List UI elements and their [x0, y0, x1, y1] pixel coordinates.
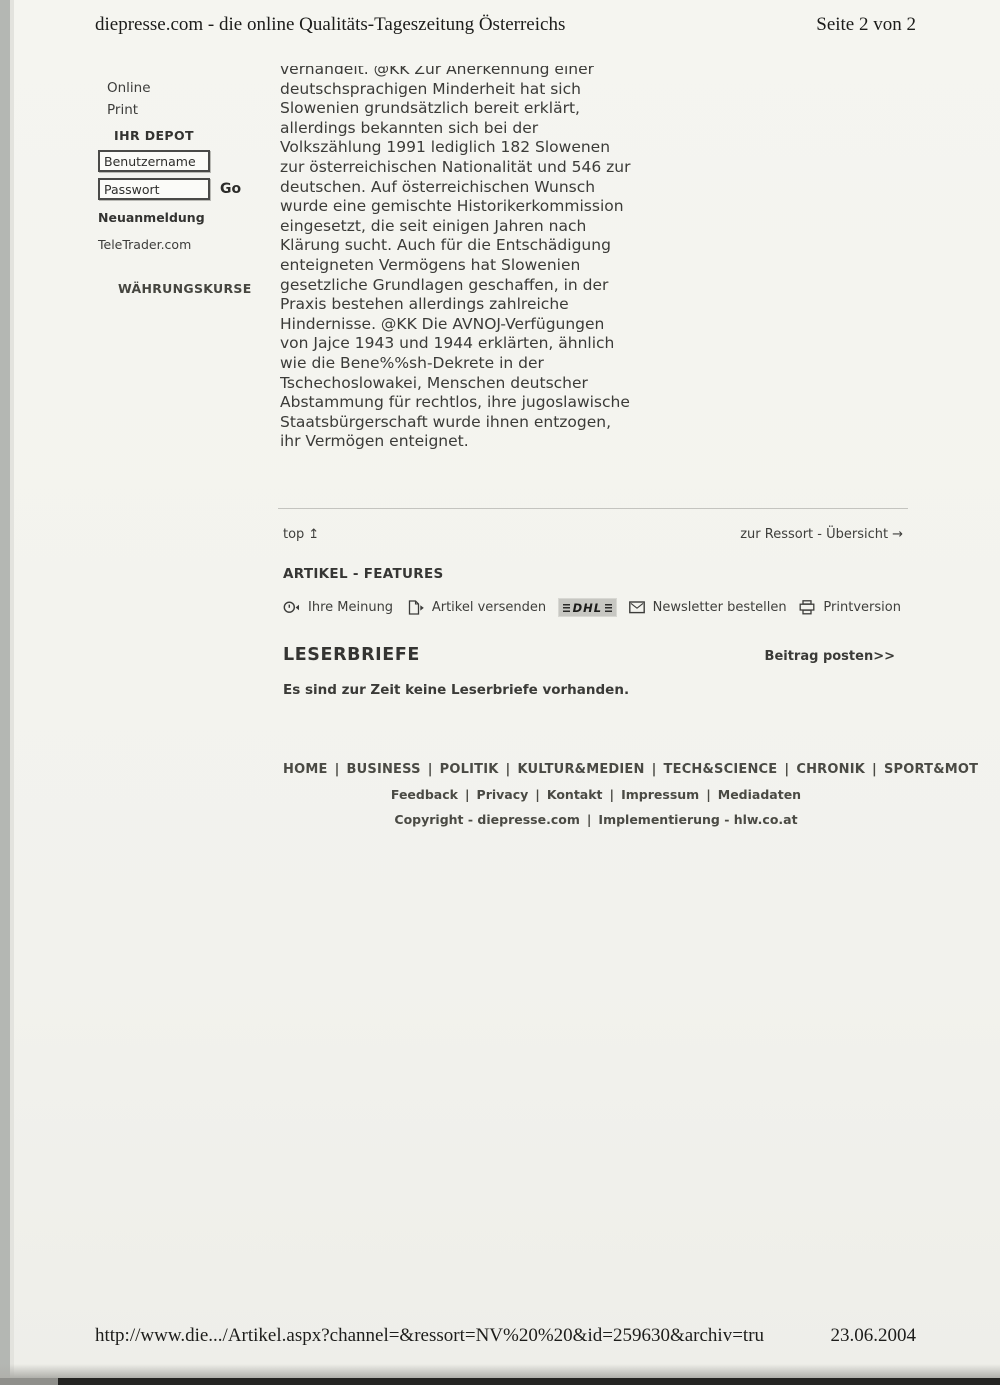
- nav-chronik[interactable]: CHRONIK: [796, 762, 865, 777]
- divider: |: [872, 762, 877, 777]
- copyright-text: Copyright - diepresse.com: [394, 812, 579, 827]
- comment-icon: [283, 600, 300, 615]
- sidebar-item-teletrader[interactable]: TeleTrader.com: [98, 237, 258, 252]
- page-title: diepresse.com - die online Qualitäts-Tag…: [95, 14, 565, 36]
- scan-left-highlight: [10, 0, 14, 1385]
- sidebar-item-neuanmeldung[interactable]: Neuanmeldung: [98, 210, 258, 225]
- sidebar-item-waehrungskurse[interactable]: WÄHRUNGSKURSE: [118, 281, 258, 296]
- divider: |: [506, 762, 511, 777]
- article-nav-row: top↥ zur Ressort - Übersicht→: [283, 527, 903, 542]
- implementierung-text: Implementierung - hlw.co.at: [598, 812, 797, 827]
- sidebar: Online Print IHR DEPOT Go Neuanmeldung T…: [98, 80, 258, 296]
- scan-bottom-shadow: [0, 1364, 1000, 1378]
- password-input[interactable]: [98, 178, 210, 200]
- nav-sport[interactable]: SPORT&MOT: [884, 762, 978, 777]
- print-footer: http://www.die.../Artikel.aspx?channel=&…: [95, 1325, 916, 1347]
- artikel-versenden-link[interactable]: Artikel versenden: [406, 600, 546, 615]
- artikel-versenden-label: Artikel versenden: [432, 600, 546, 615]
- nav-privacy[interactable]: Privacy: [477, 787, 529, 802]
- footer-nav-main: HOME|BUSINESS|POLITIK|KULTUR&MEDIEN|TECH…: [283, 762, 909, 777]
- divider: |: [784, 762, 789, 777]
- divider: |: [652, 762, 657, 777]
- ihre-meinung-label: Ihre Meinung: [308, 600, 393, 615]
- no-letters-message: Es sind zur Zeit keine Leserbriefe vorha…: [283, 682, 629, 698]
- ihre-meinung-link[interactable]: Ihre Meinung: [283, 600, 393, 615]
- separator-line: [278, 508, 908, 509]
- depot-heading: IHR DEPOT: [98, 128, 210, 143]
- divider: |: [535, 787, 540, 802]
- ressort-link-label: zur Ressort - Übersicht: [740, 527, 888, 542]
- divider: |: [610, 787, 615, 802]
- newsletter-label: Newsletter bestellen: [653, 600, 787, 615]
- divider: |: [335, 762, 340, 777]
- dhl-logo-text: DHL: [573, 601, 603, 615]
- feature-toolbar: Ihre Meinung Artikel versenden DHL Newsl…: [283, 599, 901, 616]
- printer-icon: [799, 600, 815, 615]
- nav-impressum[interactable]: Impressum: [621, 787, 699, 802]
- go-button[interactable]: Go: [220, 181, 241, 197]
- page-number: Seite 2 von 2: [816, 14, 916, 36]
- leserbriefe-row: LESERBRIEFE Beitrag posten>>: [283, 645, 895, 665]
- printversion-link[interactable]: Printversion: [799, 600, 901, 615]
- divider: |: [428, 762, 433, 777]
- up-arrow-icon: ↥: [308, 527, 319, 542]
- envelope-icon: [629, 601, 645, 614]
- password-row: Go: [98, 172, 258, 200]
- divider: |: [706, 787, 711, 802]
- print-date: 23.06.2004: [831, 1325, 917, 1347]
- nav-kultur-medien[interactable]: KULTUR&MEDIEN: [517, 762, 644, 777]
- beitrag-posten-link[interactable]: Beitrag posten>>: [765, 649, 895, 664]
- print-header: diepresse.com - die online Qualitäts-Tag…: [95, 14, 916, 36]
- nav-feedback[interactable]: Feedback: [391, 787, 458, 802]
- dhl-stripes-left: [563, 604, 570, 612]
- newsletter-link[interactable]: Newsletter bestellen: [629, 600, 787, 615]
- footer-nav-secondary: Feedback|Privacy|Kontakt|Impressum|Media…: [283, 787, 909, 802]
- send-article-icon: [406, 600, 424, 615]
- footer-copyright: Copyright - diepresse.com|Implementierun…: [283, 812, 909, 827]
- divider: |: [587, 812, 592, 827]
- sidebar-item-print[interactable]: Print: [107, 102, 258, 118]
- dhl-stripes-right: [605, 604, 612, 612]
- nav-tech-science[interactable]: TECH&SCIENCE: [664, 762, 778, 777]
- nav-mediadaten[interactable]: Mediadaten: [718, 787, 801, 802]
- dhl-logo[interactable]: DHL: [559, 599, 616, 616]
- top-link-label: top: [283, 527, 304, 542]
- scan-bottom-edge: [58, 1378, 1000, 1385]
- right-arrow-icon: →: [892, 527, 903, 542]
- footer-nav: HOME|BUSINESS|POLITIK|KULTUR&MEDIEN|TECH…: [283, 762, 909, 837]
- source-url: http://www.die.../Artikel.aspx?channel=&…: [95, 1325, 764, 1347]
- scan-left-edge: [0, 0, 10, 1385]
- nav-business[interactable]: BUSINESS: [347, 762, 421, 777]
- scan-bottom-edge-left: [0, 1378, 58, 1385]
- sidebar-item-online[interactable]: Online: [107, 80, 258, 96]
- leserbriefe-heading: LESERBRIEFE: [283, 645, 420, 665]
- printversion-label: Printversion: [823, 600, 901, 615]
- features-heading: ARTIKEL - FEATURES: [283, 566, 444, 582]
- ressort-overview-link[interactable]: zur Ressort - Übersicht→: [740, 527, 903, 542]
- divider: |: [465, 787, 470, 802]
- nav-politik[interactable]: POLITIK: [440, 762, 499, 777]
- username-input[interactable]: [98, 150, 210, 172]
- article-body: verhandelt. @KK Zur Anerkennung einer de…: [280, 66, 704, 452]
- nav-home[interactable]: HOME: [283, 762, 328, 777]
- article-clip: verhandelt. @KK Zur Anerkennung einer de…: [280, 66, 704, 464]
- nav-kontakt[interactable]: Kontakt: [547, 787, 603, 802]
- top-link[interactable]: top↥: [283, 527, 319, 542]
